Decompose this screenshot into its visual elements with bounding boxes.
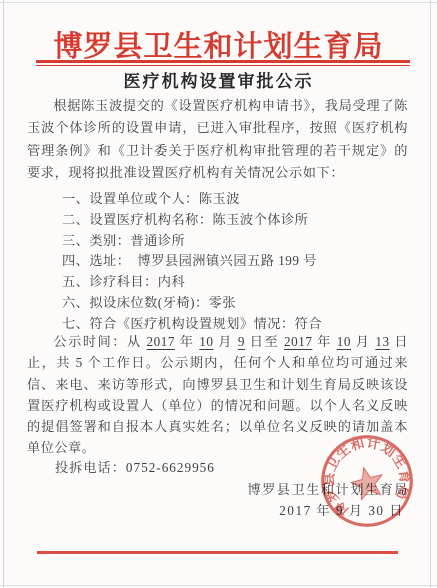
notice-segment: 年: [317, 334, 337, 349]
notice-segment: 公示时间：从: [53, 334, 146, 349]
notice-segment: 10: [337, 334, 351, 349]
doc-title: 医疗机构设置审批公示: [0, 67, 437, 92]
items-list: 一、设置单位或个人：陈玉波 二、设置医疗机构名称：陈玉波个体诊所 三、类别：普通…: [62, 189, 408, 335]
list-item: 五、诊疗科目：内科: [62, 272, 408, 293]
notice-segment: 9: [238, 334, 245, 349]
notice-segment: 13: [375, 334, 389, 349]
list-item: 二、设置医疗机构名称：陈玉波个体诊所: [62, 210, 408, 231]
notice-segment: 10: [199, 334, 213, 349]
notice-segment: 年: [180, 334, 200, 349]
notice-segment: 月: [218, 334, 238, 349]
list-item: 一、设置单位或个人：陈玉波: [62, 189, 408, 210]
scan-edge-top: [0, 2, 437, 3]
footer-rule: [37, 551, 398, 554]
notice-segment: 月: [356, 334, 376, 349]
list-item: 四、选址： 博罗县园洲镇兴园五路 199 号: [62, 251, 408, 272]
seal-star-icon: [348, 464, 386, 501]
notice-segment: 日至: [250, 334, 284, 349]
notice-segment: 2017: [147, 334, 175, 349]
list-item: 六、拟设床位数(牙椅)：零张: [62, 293, 408, 314]
complaint-phone-line: 投拆电话：0752-6629956: [55, 457, 215, 476]
list-item: 三、类别：普通诊所: [62, 231, 408, 252]
scan-edge-bottom: [0, 585, 437, 586]
notice-segment: 2017: [284, 334, 312, 349]
header-divider: [36, 60, 410, 66]
intro-paragraph: 根据陈玉波提交的《设置医疗机构申请书》，我局受理了陈玉波个体诊所的设置申请，已进…: [27, 95, 408, 185]
agency-title: 博罗县卫生和计划生育局: [0, 24, 437, 65]
document-page: 博罗县卫生和计划生育局 医疗机构设置审批公示 根据陈玉波提交的《设置医疗机构申请…: [0, 0, 437, 588]
